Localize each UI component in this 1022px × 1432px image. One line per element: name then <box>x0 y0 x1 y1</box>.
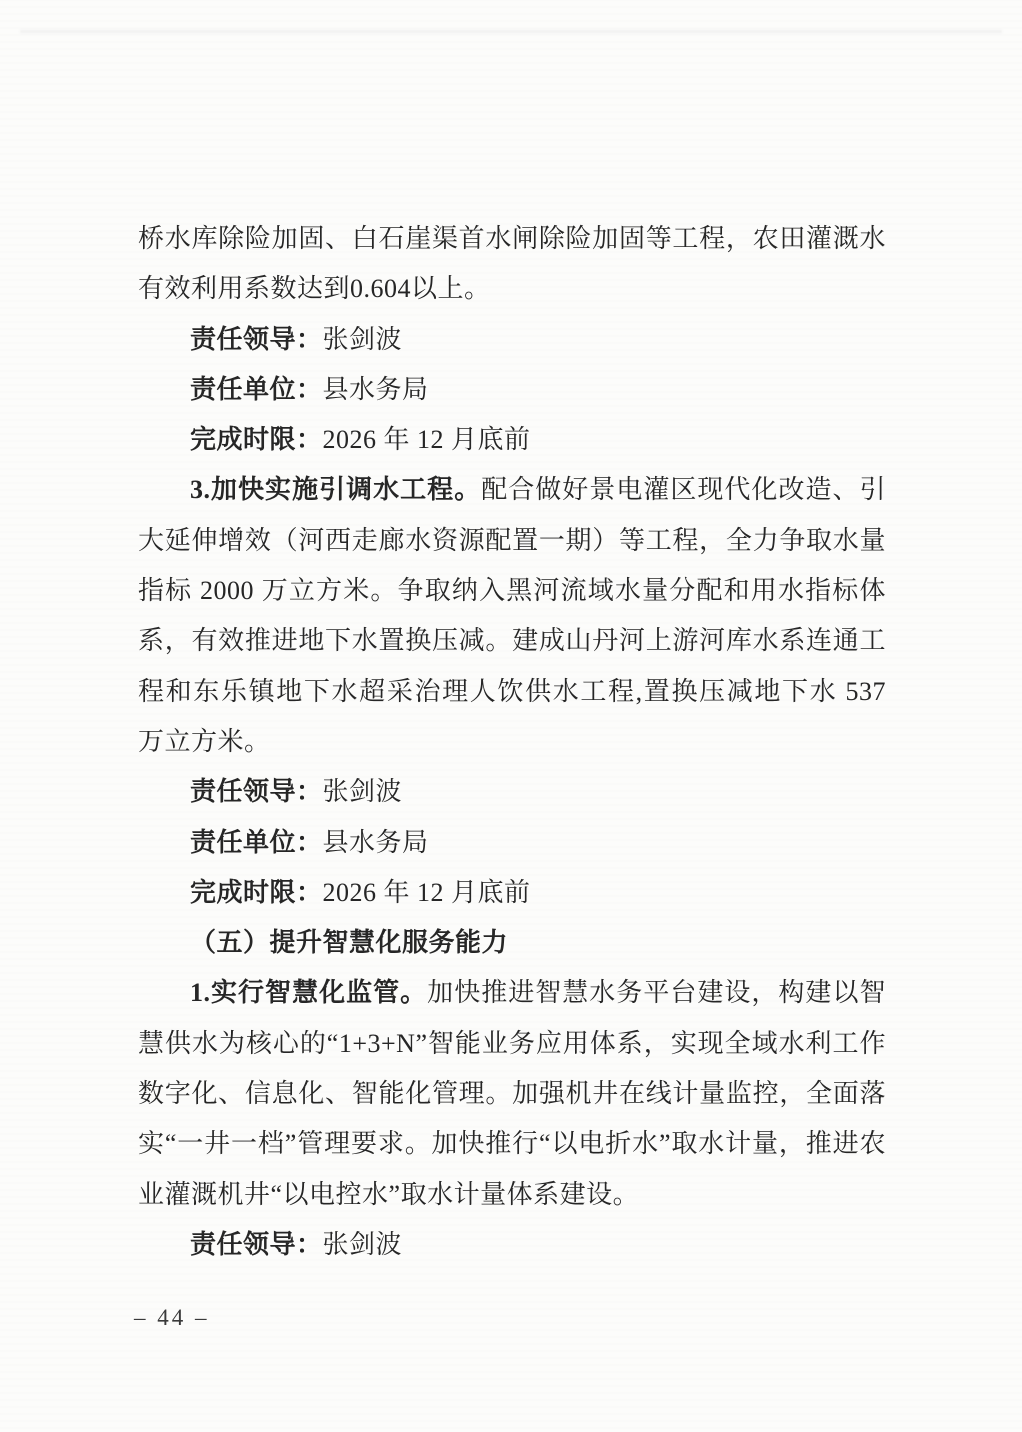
responsible-leader-line: 责任领导：张剑波 <box>138 315 886 365</box>
deadline-line: 完成时限：2026 年 12 月底前 <box>138 868 886 918</box>
field-label: 责任领导： <box>190 1230 323 1259</box>
field-label: 责任单位： <box>190 828 323 857</box>
line-text: 指标 2000 万立方米。争取纳入黑河流域水量分配和用水指标体 <box>138 576 886 605</box>
responsible-unit-line: 责任单位：县水务局 <box>138 818 886 868</box>
scan-artifact-streak <box>20 30 1002 33</box>
responsible-leader-line: 责任领导：张剑波 <box>138 767 886 817</box>
paragraph-line: 万立方米。 <box>138 717 886 767</box>
deadline-line: 完成时限：2026 年 12 月底前 <box>138 415 886 465</box>
paragraph-line: 有效利用系数达到0.604以上。 <box>138 264 886 314</box>
line-text: 实“一井一档”管理要求。加快推行“以电折水”取水计量，推进农 <box>138 1129 886 1158</box>
scanned-document-page: 桥水库除险加固、白石崖渠首水闸除险加固等工程，农田灌溉水 有效利用系数达到0.6… <box>0 0 1022 1432</box>
section-heading: （五）提升智慧化服务能力 <box>138 918 886 968</box>
line-text: 有效利用系数达到0.604以上。 <box>138 274 491 303</box>
paragraph-heading: 3.加快实施引调水工程。 <box>190 475 481 504</box>
responsible-unit-line: 责任单位：县水务局 <box>138 365 886 415</box>
line-text: 加快推进智慧水务平台建设，构建以智 <box>427 978 886 1007</box>
field-label: 完成时限： <box>190 425 323 454</box>
field-label: 责任领导： <box>190 777 323 806</box>
line-text: 慧供水为核心的“1+3+N”智能业务应用体系，实现全域水利工作 <box>138 1029 886 1058</box>
paragraph-line: 程和东乐镇地下水超采治理人饮供水工程,置换压减地下水 537 <box>138 667 886 717</box>
paragraph-line: 1.实行智慧化监管。加快推进智慧水务平台建设，构建以智 <box>138 968 886 1018</box>
paragraph-line: 大延伸增效（河西走廊水资源配置一期）等工程，全力争取水量 <box>138 516 886 566</box>
responsible-leader-line: 责任领导：张剑波 <box>138 1220 886 1270</box>
field-label: 责任领导： <box>190 325 323 354</box>
paragraph-line: 系，有效推进地下水置换压减。建成山丹河上游河库水系连通工 <box>138 616 886 666</box>
line-text: 业灌溉机井“以电控水”取水计量体系建设。 <box>138 1180 639 1209</box>
line-text: 万立方米。 <box>138 727 271 756</box>
field-value: 县水务局 <box>323 375 429 404</box>
paragraph-line: 业灌溉机井“以电控水”取水计量体系建设。 <box>138 1170 886 1220</box>
line-text: 程和东乐镇地下水超采治理人饮供水工程,置换压减地下水 537 <box>138 677 886 706</box>
document-body: 桥水库除险加固、白石崖渠首水闸除险加固等工程，农田灌溉水 有效利用系数达到0.6… <box>138 214 886 1270</box>
paragraph-heading: 1.实行智慧化监管。 <box>190 978 427 1007</box>
paragraph-line: 桥水库除险加固、白石崖渠首水闸除险加固等工程，农田灌溉水 <box>138 214 886 264</box>
line-text: 系，有效推进地下水置换压减。建成山丹河上游河库水系连通工 <box>138 626 886 655</box>
line-text: 大延伸增效（河西走廊水资源配置一期）等工程，全力争取水量 <box>138 526 886 555</box>
page-number: – 44 – <box>134 1303 210 1333</box>
field-value: 张剑波 <box>323 1230 403 1259</box>
field-value: 县水务局 <box>323 828 429 857</box>
field-value: 2026 年 12 月底前 <box>323 425 531 454</box>
line-text: 配合做好景电灌区现代化改造、引 <box>481 475 886 504</box>
line-text: 桥水库除险加固、白石崖渠首水闸除险加固等工程，农田灌溉水 <box>138 224 886 253</box>
field-value: 2026 年 12 月底前 <box>323 878 531 907</box>
paragraph-line: 3.加快实施引调水工程。配合做好景电灌区现代化改造、引 <box>138 465 886 515</box>
paragraph-line: 指标 2000 万立方米。争取纳入黑河流域水量分配和用水指标体 <box>138 566 886 616</box>
field-label: 完成时限： <box>190 878 323 907</box>
paragraph-line: 慧供水为核心的“1+3+N”智能业务应用体系，实现全域水利工作 <box>138 1019 886 1069</box>
field-value: 张剑波 <box>323 777 403 806</box>
field-value: 张剑波 <box>323 325 403 354</box>
section-heading-text: （五）提升智慧化服务能力 <box>190 928 508 957</box>
line-text: 数字化、信息化、智能化管理。加强机井在线计量监控，全面落 <box>138 1079 886 1108</box>
field-label: 责任单位： <box>190 375 323 404</box>
paragraph-line: 实“一井一档”管理要求。加快推行“以电折水”取水计量，推进农 <box>138 1119 886 1169</box>
paragraph-line: 数字化、信息化、智能化管理。加强机井在线计量监控，全面落 <box>138 1069 886 1119</box>
